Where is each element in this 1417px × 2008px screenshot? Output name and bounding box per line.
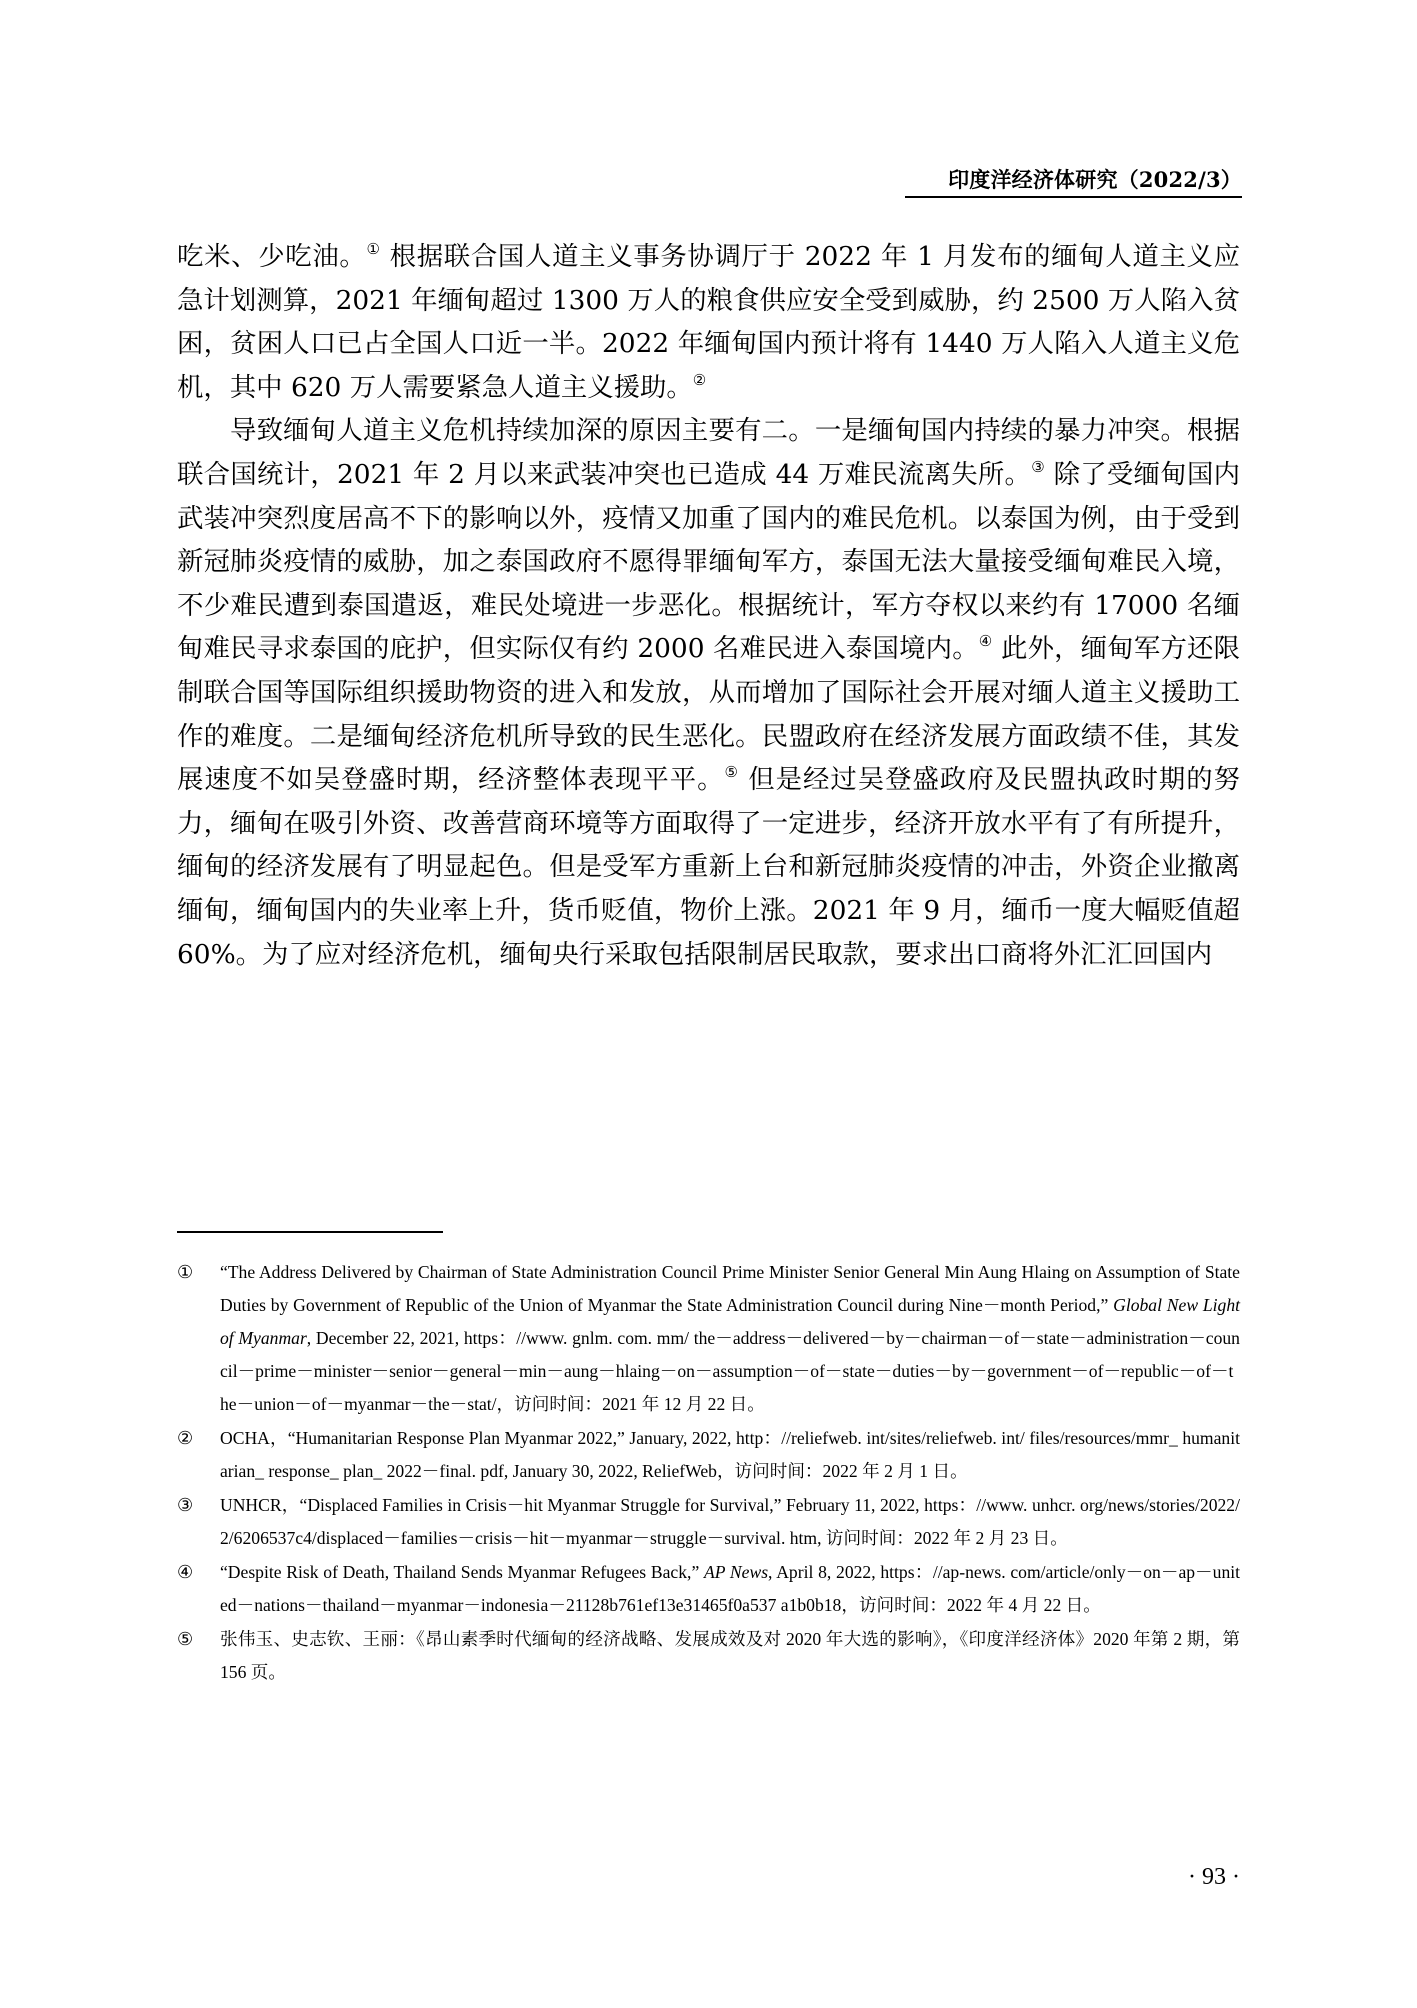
- footnote-text: UNHCR，“Displaced Families in Crisis－hit …: [220, 1495, 1240, 1548]
- running-header: 印度洋经济体研究（2022/3）: [905, 166, 1242, 198]
- body-paragraph: 吃米、少吃油。① 根据联合国人道主义事务协调厅于 2022 年 1 月发布的缅甸…: [177, 235, 1240, 409]
- footnote-reference[interactable]: ①: [366, 240, 380, 258]
- footnote-item: ④“Despite Risk of Death, Thailand Sends …: [177, 1556, 1240, 1622]
- footnotes: ①“The Address Delivered by Chairman of S…: [177, 1256, 1240, 1690]
- footnote-text: “Despite Risk of Death, Thailand Sends M…: [220, 1562, 704, 1582]
- footnote-item: ②OCHA，“Humanitarian Response Plan Myanma…: [177, 1422, 1240, 1488]
- footnote-text: OCHA，“Humanitarian Response Plan Myanmar…: [220, 1428, 1240, 1481]
- footnote-marker: ①: [177, 1256, 193, 1289]
- footnote-reference[interactable]: ②: [693, 371, 706, 389]
- footnote-marker: ⑤: [177, 1623, 193, 1656]
- footnote-reference[interactable]: ③: [1031, 458, 1045, 476]
- footnote-item: ⑤张伟玉、史志钦、王丽：《昂山素季时代缅甸的经济战略、发展成效及对 2020 年…: [177, 1623, 1240, 1689]
- body-text: 吃米、少吃油。① 根据联合国人道主义事务协调厅于 2022 年 1 月发布的缅甸…: [177, 235, 1240, 976]
- footnote-marker: ③: [177, 1489, 193, 1522]
- footnote-marker: ④: [177, 1556, 193, 1589]
- footnote-source-title: AP News: [704, 1562, 768, 1582]
- page-number: · 93 ·: [1150, 1862, 1240, 1892]
- body-text-run: 吃米、少吃油。: [177, 241, 366, 272]
- footnote-text: , December 22, 2021, https：//www. gnlm. …: [220, 1328, 1240, 1414]
- footnote-item: ③UNHCR，“Displaced Families in Crisis－hit…: [177, 1489, 1240, 1555]
- footnote-reference[interactable]: ⑤: [724, 763, 738, 781]
- footnote-separator: [177, 1231, 443, 1233]
- footnote-text: “The Address Delivered by Chairman of St…: [220, 1262, 1240, 1315]
- footnote-item: ①“The Address Delivered by Chairman of S…: [177, 1256, 1240, 1421]
- footnote-reference[interactable]: ④: [979, 632, 993, 650]
- journal-title: 印度洋经济体研究（2022/3）: [948, 167, 1242, 192]
- footnote-text: 张伟玉、史志钦、王丽：《昂山素季时代缅甸的经济战略、发展成效及对 2020 年大…: [220, 1629, 1240, 1682]
- body-paragraph: 导致缅甸人道主义危机持续加深的原因主要有二。一是缅甸国内持续的暴力冲突。根据联合…: [177, 409, 1240, 976]
- footnote-marker: ②: [177, 1422, 193, 1455]
